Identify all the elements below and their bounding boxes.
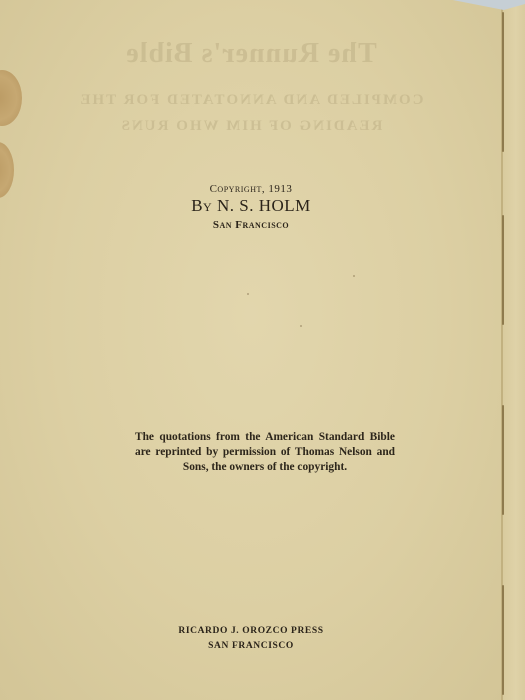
permission-notice: The quotations from the American Standar… <box>135 430 395 475</box>
author-prefix: By <box>191 196 212 215</box>
paper-speck <box>247 293 249 295</box>
binding-stitch <box>502 405 504 515</box>
binding-stitch <box>502 215 504 325</box>
binding-stitch <box>502 585 504 695</box>
author-city: San Francisco <box>0 219 502 231</box>
binding-stitch <box>502 12 504 152</box>
bleed-through-subtitle: READING OF HIM WHO RUNS <box>0 118 502 135</box>
publisher-name: Ricardo J. Orozco Press <box>0 626 502 636</box>
bleed-through-subtitle: COMPILED AND ANNOTATED FOR THE <box>0 92 502 109</box>
author-line: By N. S. HOLM <box>0 196 502 216</box>
publisher-city: San Francisco <box>0 641 502 651</box>
copyright-line: Copyright, 1913 <box>0 183 502 195</box>
paper-speck <box>300 325 302 327</box>
bleed-through-title: The Runner's Bible <box>0 38 502 70</box>
book-photo: The Runner's Bible COMPILED AND ANNOTATE… <box>0 0 525 700</box>
next-page-edge <box>502 0 525 700</box>
paper-speck <box>353 275 355 277</box>
author-name: N. S. HOLM <box>217 196 311 215</box>
